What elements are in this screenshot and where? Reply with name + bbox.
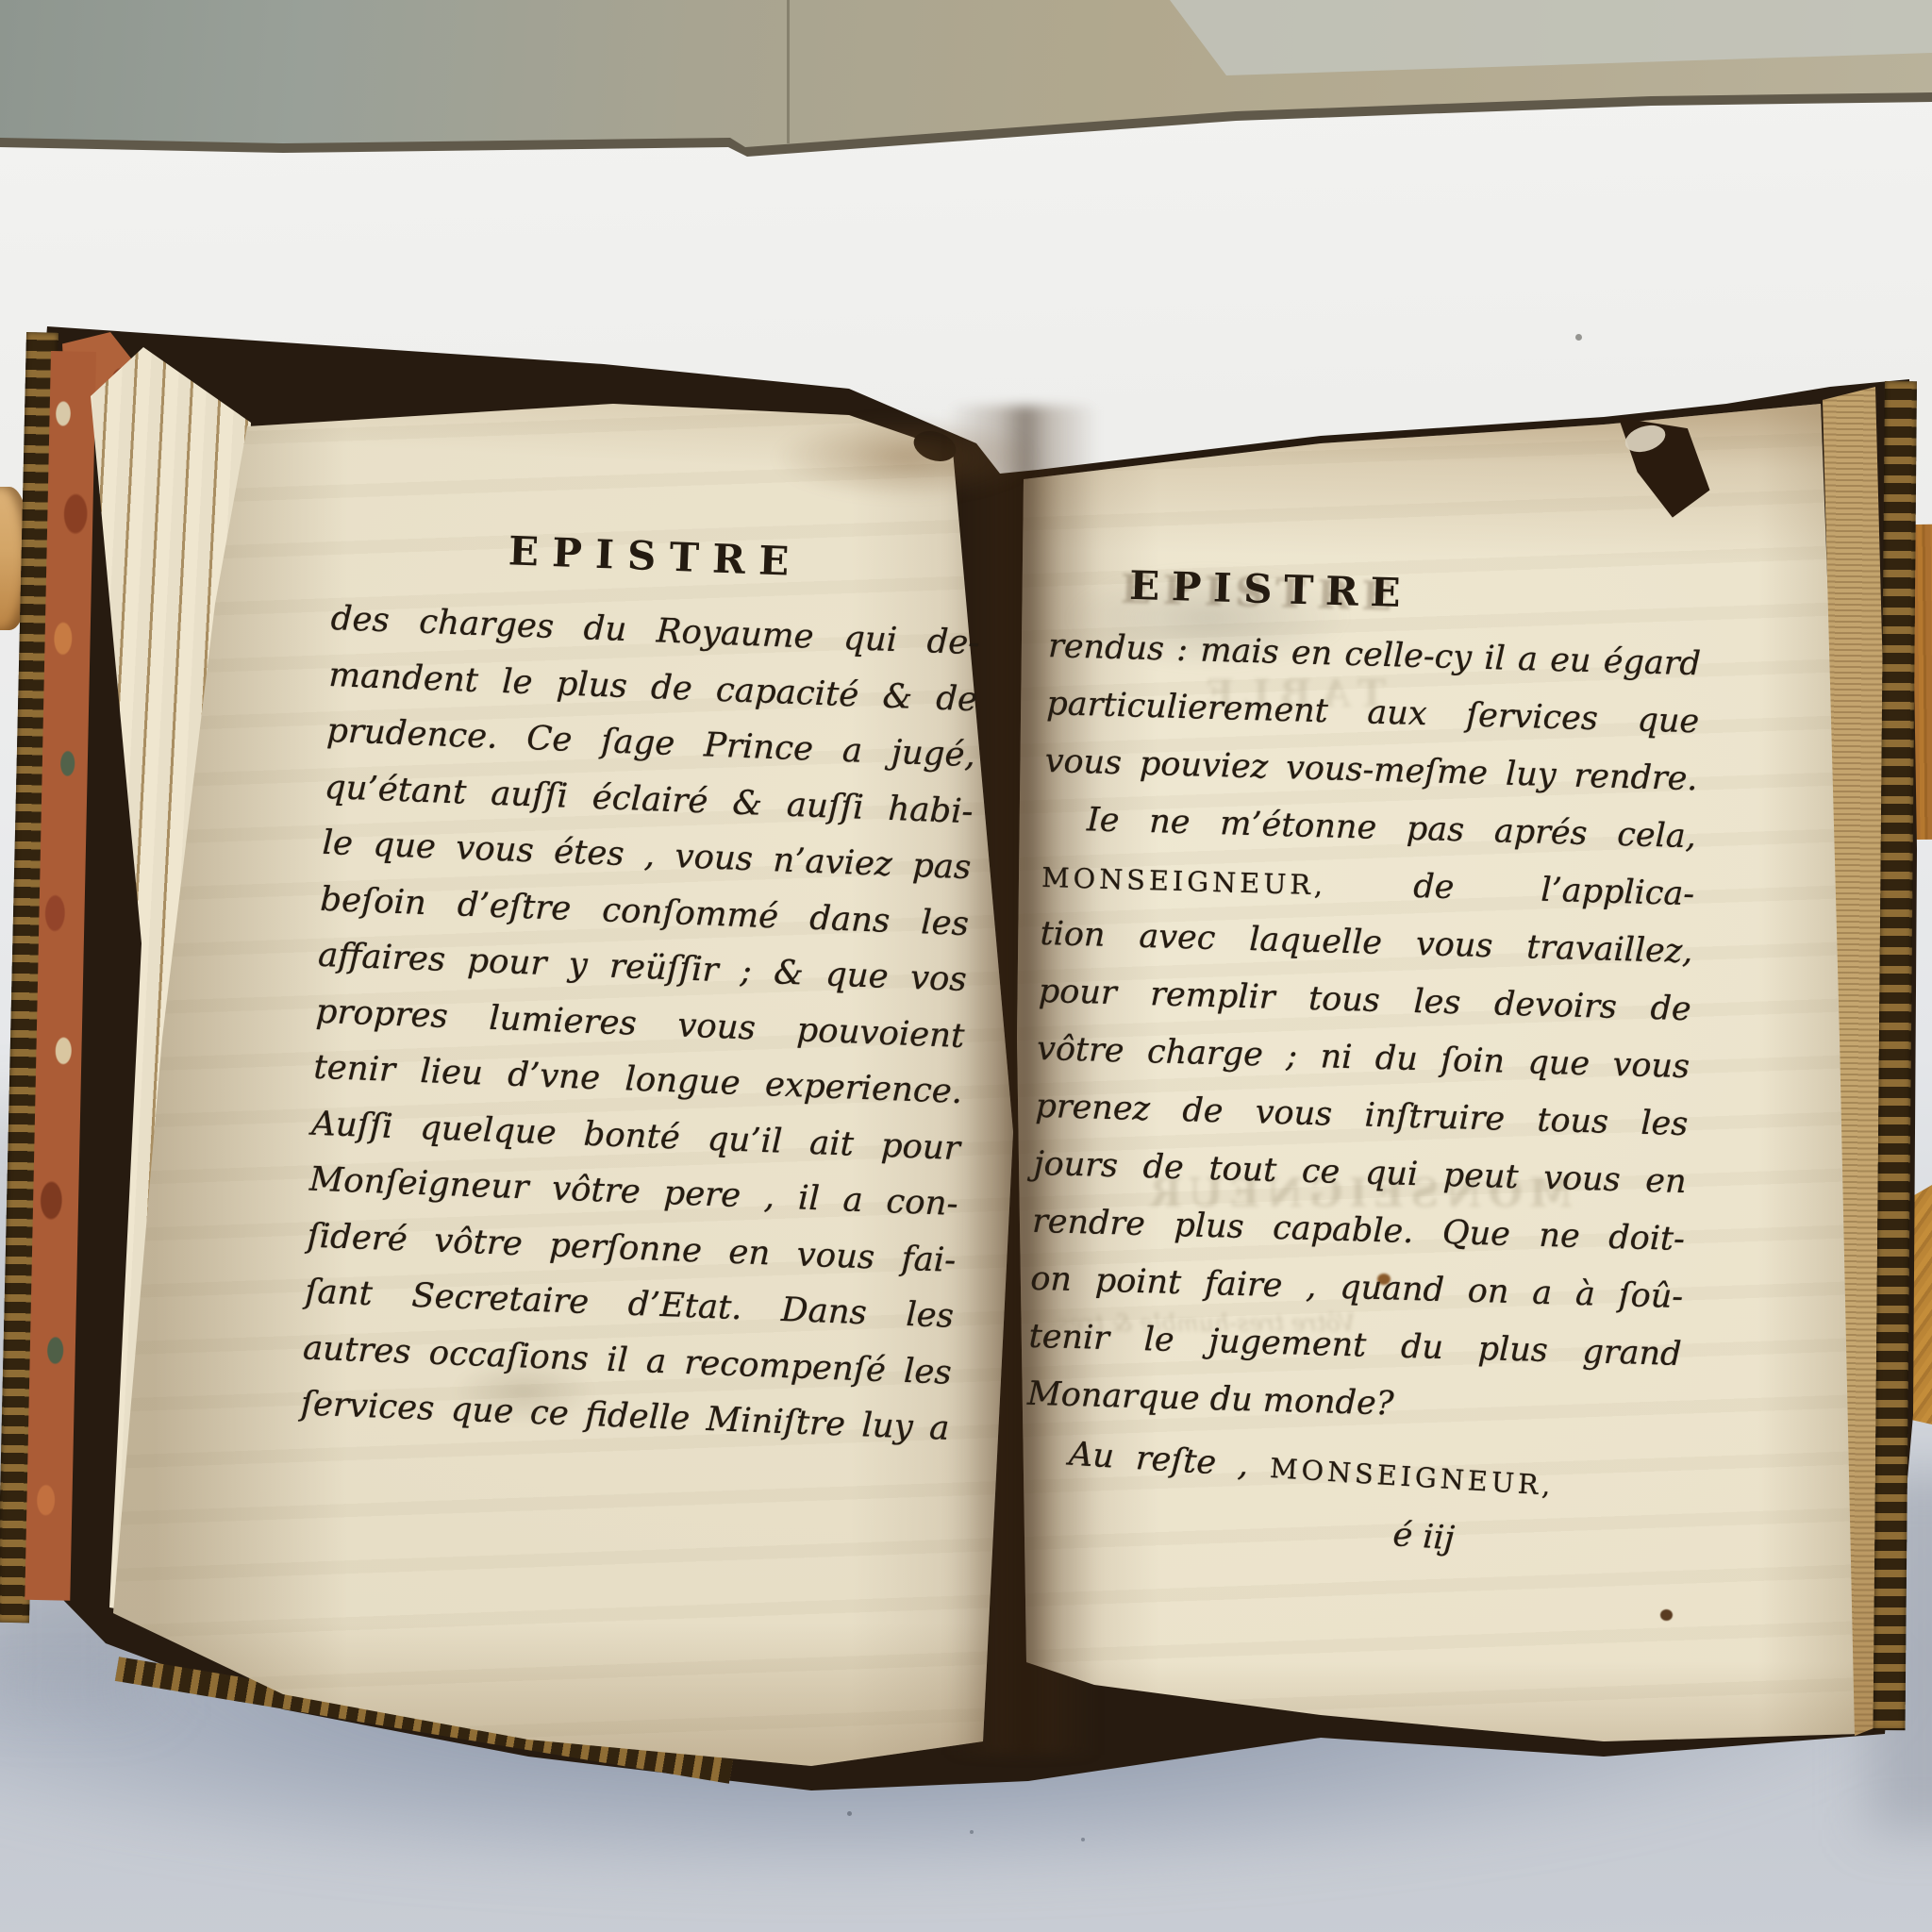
surface-speck bbox=[1081, 1838, 1085, 1841]
wall-speck bbox=[1575, 334, 1582, 341]
smallcaps-monseigneur: MONSEIGNEUR, bbox=[1041, 861, 1327, 901]
right-page-text: rendus : mais en celle-cy il a eu égard … bbox=[1024, 618, 1702, 1557]
wall-seam-line bbox=[787, 0, 790, 143]
smallcaps-monseigneur: MONSEIGNEUR, bbox=[1269, 1452, 1556, 1502]
surface-speck bbox=[847, 1811, 852, 1816]
ink-fleck bbox=[1660, 1609, 1673, 1621]
photo-open-antique-book: TABLE MONSEIGNEUR Vôtre tres-humble & tr… bbox=[0, 0, 1932, 1932]
left-page-text: des charges du Royaume qui de- mandent l… bbox=[300, 591, 981, 1457]
surface-speck bbox=[970, 1830, 974, 1834]
closing-pre: Au reſte , bbox=[1068, 1436, 1272, 1486]
line-rest: de l’applica- bbox=[1326, 865, 1695, 913]
stain-left-page-top-edge bbox=[774, 415, 1038, 500]
